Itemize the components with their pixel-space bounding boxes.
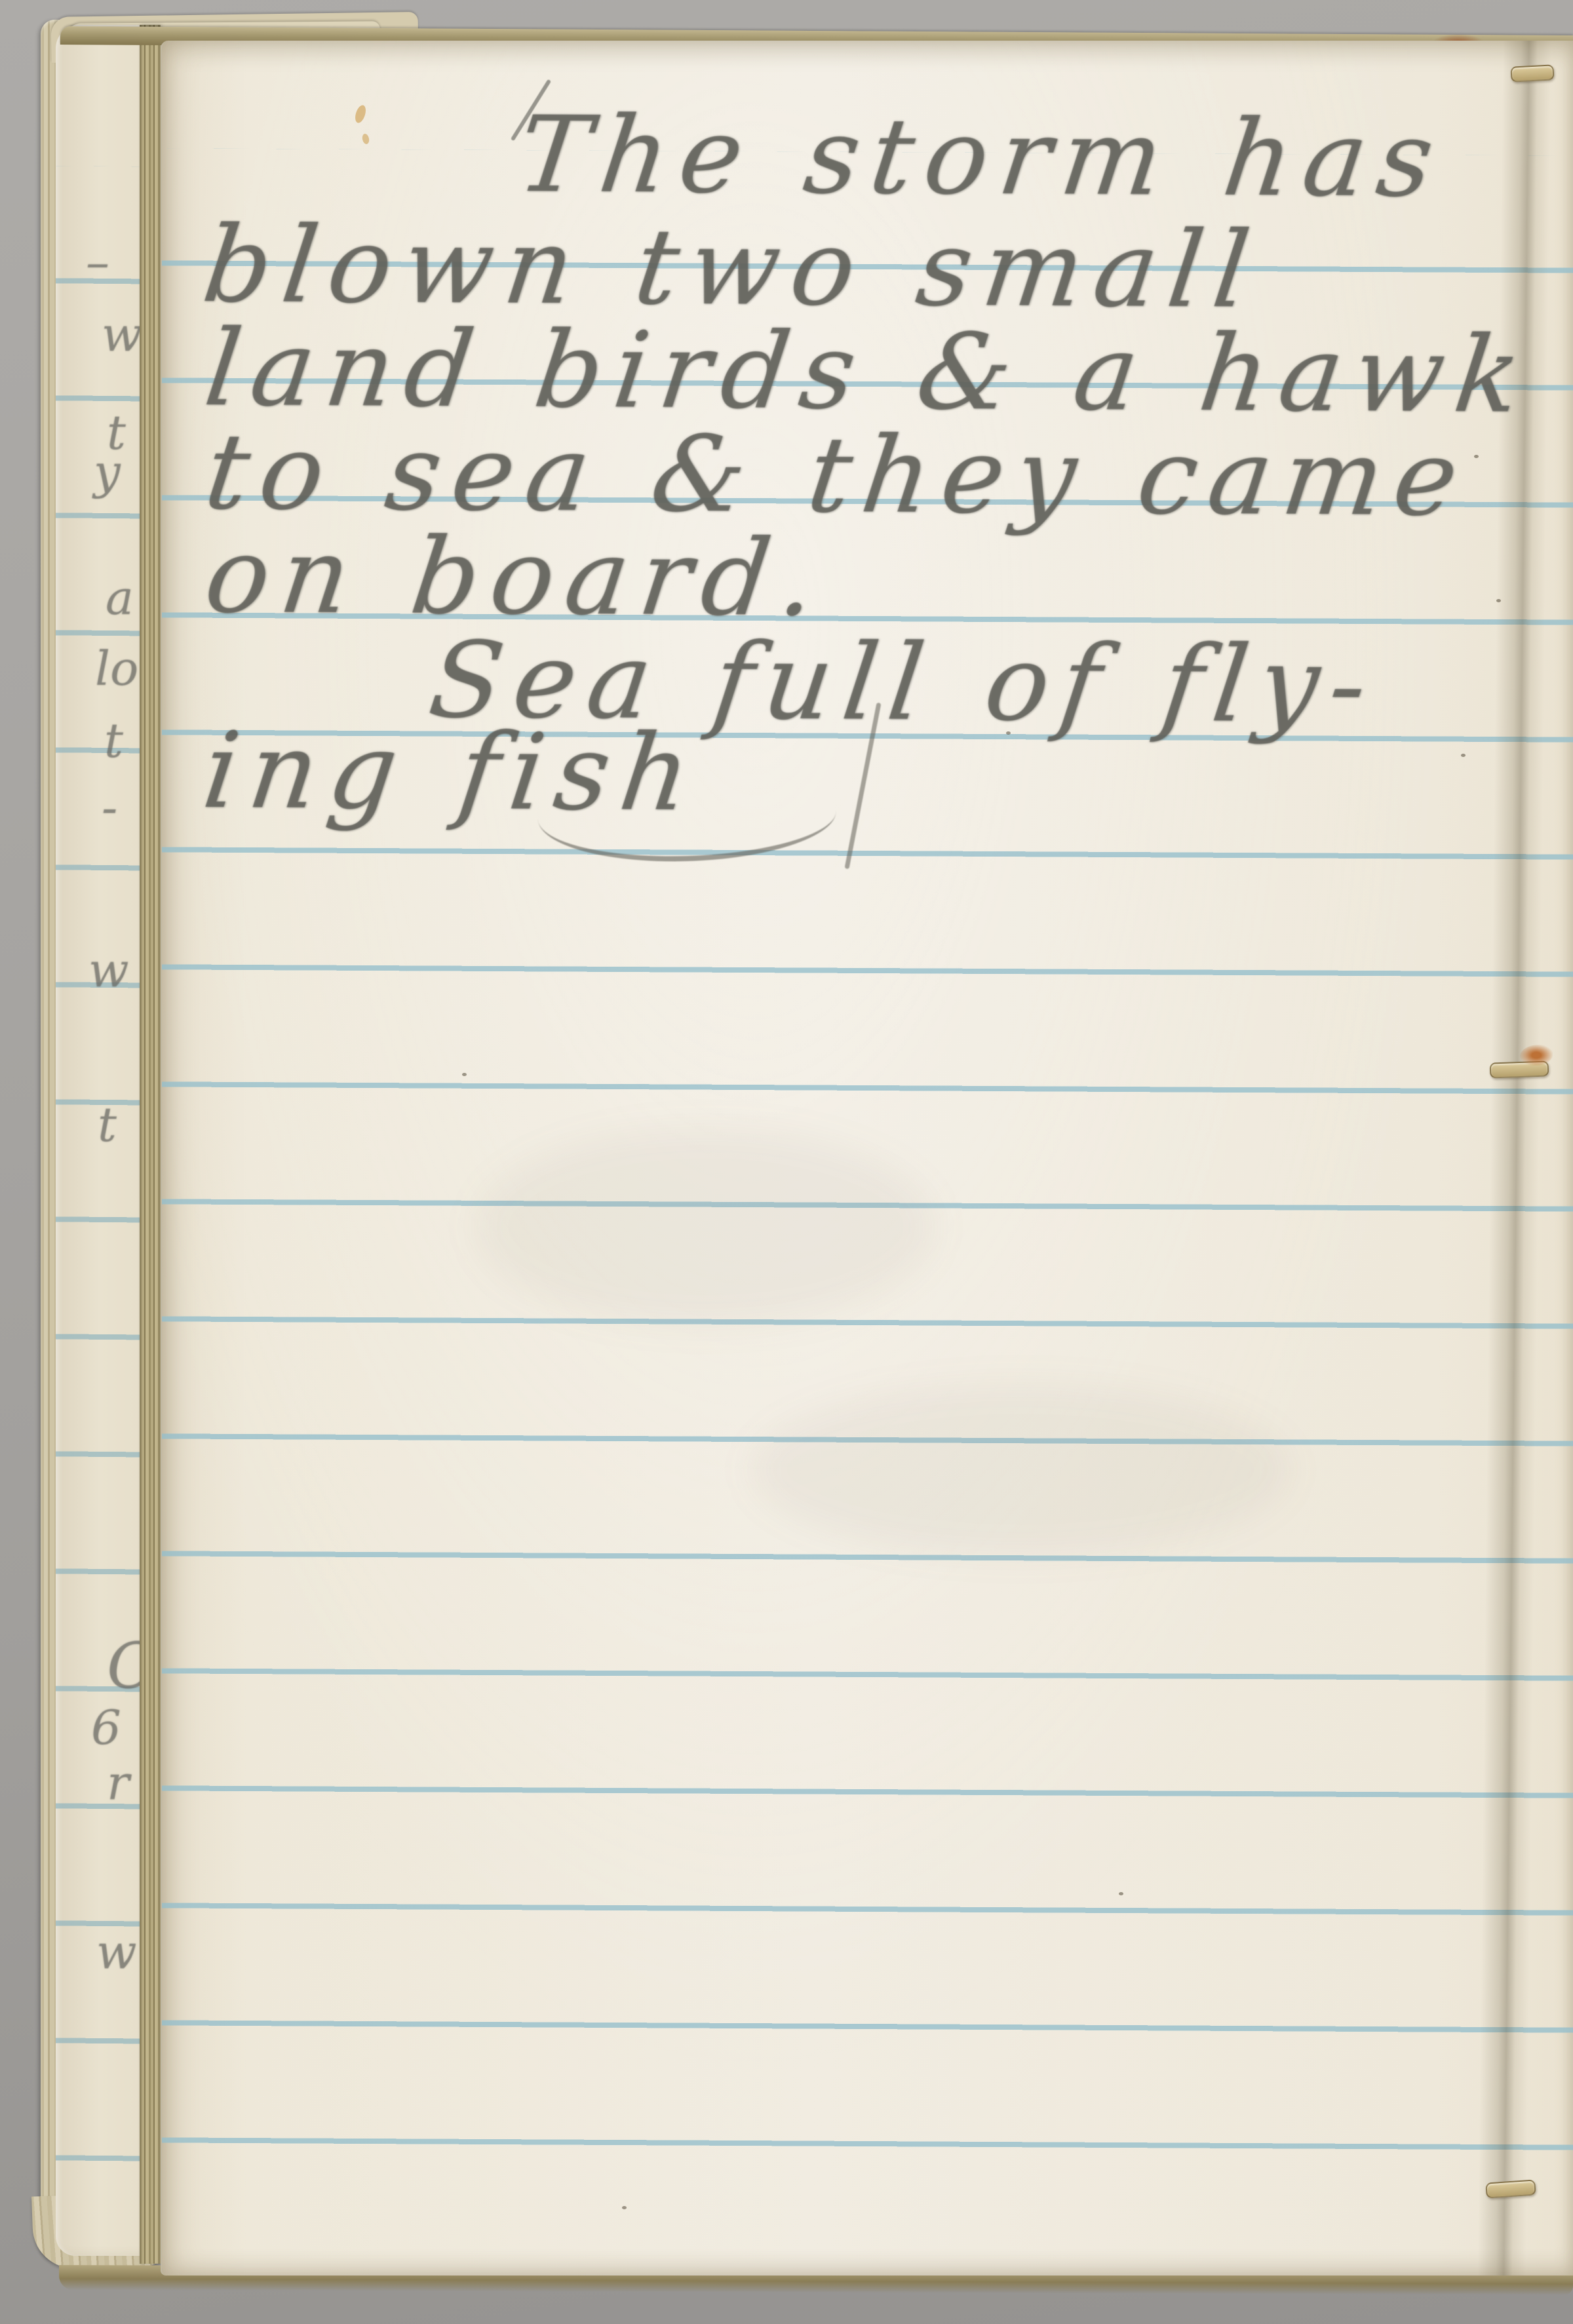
paper-speck (1474, 455, 1479, 458)
handwriting-line-1: The storm has (513, 102, 1450, 212)
page-stack-crease (140, 25, 161, 2264)
ghost-smudge (752, 1384, 1289, 1555)
paper-speck (1119, 1892, 1123, 1895)
paper-speck (622, 2206, 627, 2209)
paper-fleck (353, 104, 368, 125)
margin-pencil-fragment: w (102, 307, 142, 362)
margin-pencil-fragment: y (94, 444, 121, 499)
margin-pencil-fragment: 6 (91, 1700, 121, 1755)
handwriting-line-5: on board. (200, 523, 833, 631)
margin-pencil-fragment: r (107, 1755, 129, 1810)
paper-speck (1496, 599, 1501, 602)
margin-pencil-fragment: lo (95, 641, 138, 696)
binding-stitch (1510, 64, 1554, 82)
ghost-smudge (476, 1129, 935, 1325)
handwriting-line-7: ing fish (198, 718, 707, 826)
margin-pencil-fragment: - (102, 780, 117, 835)
handwriting-line-2: blown two small (198, 212, 1266, 322)
photograph-backdrop: – w t y a lo t - w t O 6 r w The storm h… (0, 0, 1573, 2324)
margin-pencil-fragment: w (96, 1924, 137, 1979)
margin-pencil-fragment: t (104, 713, 123, 768)
margin-pencil-fragment: t (98, 1097, 117, 1152)
paper-fleck (361, 133, 370, 145)
paper-speck (1461, 754, 1466, 757)
margin-pencil-fragment: a (106, 570, 134, 625)
margin-pencil-fragment: w (88, 942, 129, 997)
notebook-page: The storm has blown two small land birds… (161, 41, 1573, 2276)
margin-pencil-fragment: – (86, 235, 109, 290)
paper-speck (462, 1073, 467, 1076)
